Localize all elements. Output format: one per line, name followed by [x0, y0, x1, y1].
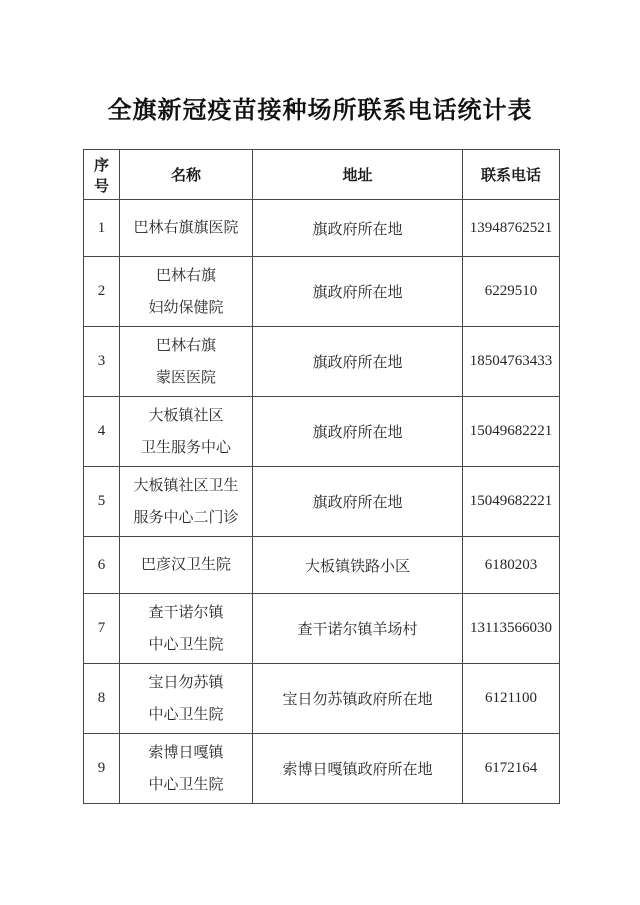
page-title: 全旗新冠疫苗接种场所联系电话统计表 [0, 0, 640, 125]
name-line: 巴彦汉卫生院 [123, 549, 249, 581]
col-header-name: 名称 [120, 150, 253, 200]
site-phone-cell: 13948762521 [463, 200, 560, 257]
row-number-cell: 3 [84, 327, 120, 397]
site-address-cell: 宝日勿苏镇政府所在地 [253, 664, 463, 734]
name-line: 宝日勿苏镇 [123, 667, 249, 699]
site-phone-cell: 13113566030 [463, 594, 560, 664]
table-row: 5 大板镇社区卫生服务中心二门诊 旗政府所在地 15049682221 [84, 467, 560, 537]
site-address-cell: 旗政府所在地 [253, 200, 463, 257]
name-line: 服务中心二门诊 [123, 502, 249, 534]
site-address-cell: 旗政府所在地 [253, 257, 463, 327]
name-line: 巴林右旗 [123, 260, 249, 292]
site-address-cell: 旗政府所在地 [253, 467, 463, 537]
table-row: 8 宝日勿苏镇中心卫生院 宝日勿苏镇政府所在地 6121100 [84, 664, 560, 734]
site-phone-cell: 6229510 [463, 257, 560, 327]
name-line: 大板镇社区 [123, 400, 249, 432]
site-address-cell: 查干诺尔镇羊场村 [253, 594, 463, 664]
name-line: 中心卫生院 [123, 769, 249, 801]
name-line: 巴林右旗 [123, 330, 249, 362]
document-page: 全旗新冠疫苗接种场所联系电话统计表 序号 名称 地址 联系电话 1 巴林右旗旗医… [0, 0, 640, 905]
table-row: 3 巴林右旗蒙医医院 旗政府所在地 18504763433 [84, 327, 560, 397]
name-line: 索博日嘎镇 [123, 737, 249, 769]
row-number-cell: 2 [84, 257, 120, 327]
col-header-phone: 联系电话 [463, 150, 560, 200]
site-name-cell: 巴林右旗蒙医医院 [120, 327, 253, 397]
name-line: 大板镇社区卫生 [123, 470, 249, 502]
row-number-cell: 1 [84, 200, 120, 257]
header-row: 序号 名称 地址 联系电话 [84, 150, 560, 200]
site-phone-cell: 6180203 [463, 537, 560, 594]
col-header-number: 序号 [84, 150, 120, 200]
site-phone-cell: 15049682221 [463, 397, 560, 467]
site-name-cell: 宝日勿苏镇中心卫生院 [120, 664, 253, 734]
site-address-cell: 旗政府所在地 [253, 397, 463, 467]
row-number-cell: 5 [84, 467, 120, 537]
site-address-cell: 旗政府所在地 [253, 327, 463, 397]
row-number-cell: 9 [84, 734, 120, 804]
col-header-address: 地址 [253, 150, 463, 200]
site-name-cell: 大板镇社区卫生服务中心二门诊 [120, 467, 253, 537]
name-line: 卫生服务中心 [123, 432, 249, 464]
site-name-cell: 索博日嘎镇中心卫生院 [120, 734, 253, 804]
table-row: 4 大板镇社区卫生服务中心 旗政府所在地 15049682221 [84, 397, 560, 467]
site-phone-cell: 6172164 [463, 734, 560, 804]
site-name-cell: 大板镇社区卫生服务中心 [120, 397, 253, 467]
name-line: 妇幼保健院 [123, 292, 249, 324]
table-row: 9 索博日嘎镇中心卫生院 索博日嘎镇政府所在地 6172164 [84, 734, 560, 804]
row-number-cell: 7 [84, 594, 120, 664]
name-line: 中心卫生院 [123, 699, 249, 731]
site-name-cell: 巴林右旗旗医院 [120, 200, 253, 257]
name-line: 巴林右旗旗医院 [123, 212, 249, 244]
site-phone-cell: 18504763433 [463, 327, 560, 397]
site-name-cell: 巴彦汉卫生院 [120, 537, 253, 594]
contact-table: 序号 名称 地址 联系电话 1 巴林右旗旗医院 旗政府所在地 139487625… [83, 149, 560, 804]
name-line: 查干诺尔镇 [123, 597, 249, 629]
site-phone-cell: 6121100 [463, 664, 560, 734]
row-number-cell: 4 [84, 397, 120, 467]
site-name-cell: 巴林右旗妇幼保健院 [120, 257, 253, 327]
site-address-cell: 索博日嘎镇政府所在地 [253, 734, 463, 804]
site-phone-cell: 15049682221 [463, 467, 560, 537]
name-line: 中心卫生院 [123, 629, 249, 661]
table-row: 2 巴林右旗妇幼保健院 旗政府所在地 6229510 [84, 257, 560, 327]
table-row: 1 巴林右旗旗医院 旗政府所在地 13948762521 [84, 200, 560, 257]
table-row: 7 查干诺尔镇中心卫生院 查干诺尔镇羊场村 13113566030 [84, 594, 560, 664]
site-name-cell: 查干诺尔镇中心卫生院 [120, 594, 253, 664]
row-number-cell: 6 [84, 537, 120, 594]
table-row: 6 巴彦汉卫生院 大板镇铁路小区 6180203 [84, 537, 560, 594]
row-number-cell: 8 [84, 664, 120, 734]
name-line: 蒙医医院 [123, 362, 249, 394]
site-address-cell: 大板镇铁路小区 [253, 537, 463, 594]
